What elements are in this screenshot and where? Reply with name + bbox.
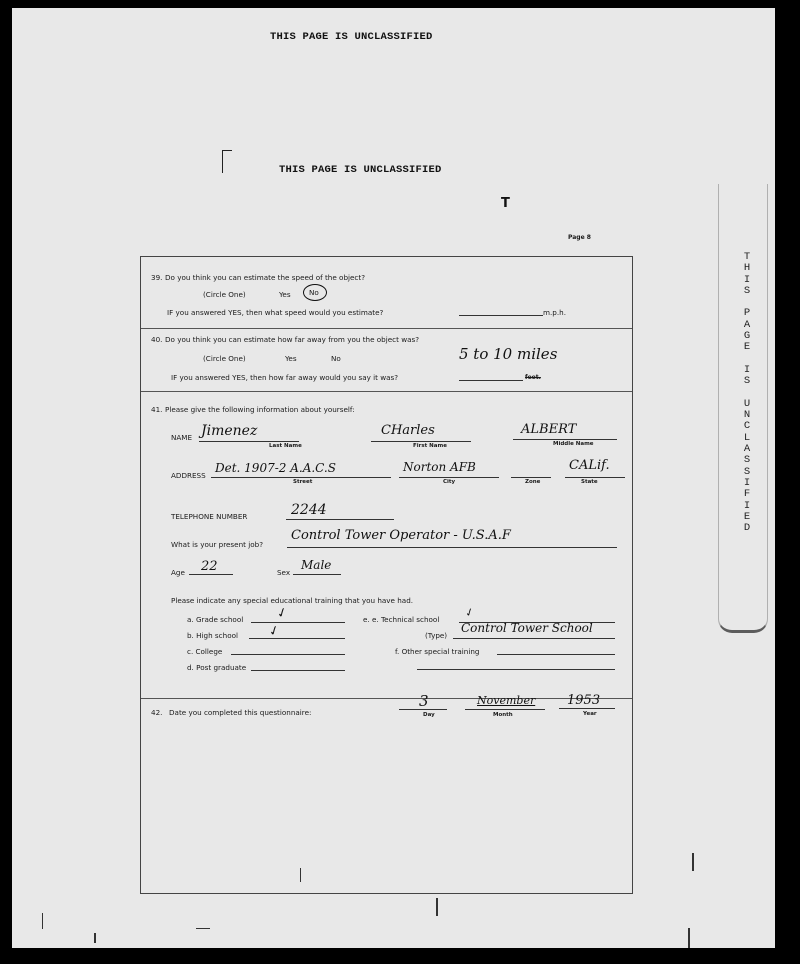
age-value[interactable]: 22 [201, 559, 218, 574]
high-school-label: b. High school [187, 631, 238, 640]
post-graduate-field[interactable] [251, 670, 345, 671]
q39-question: Do you think you can estimate the speed … [165, 273, 365, 282]
last-name-line [199, 441, 299, 442]
high-school-field[interactable] [249, 638, 345, 639]
street-value[interactable]: Det. 1907-2 A.A.C.S [215, 461, 336, 475]
first-name-value[interactable]: CHarles [381, 423, 435, 438]
state-value[interactable]: CALif. [569, 458, 610, 473]
technical-type-line [453, 638, 615, 639]
divider [141, 698, 632, 699]
q39-unit: m.p.h. [543, 308, 566, 317]
page-number: Page 8 [568, 234, 591, 241]
job-line [287, 547, 617, 548]
name-label: NAME [171, 433, 192, 442]
corner-mark [222, 150, 232, 173]
city-line [399, 477, 499, 478]
city-value[interactable]: Norton AFB [403, 460, 476, 474]
date-year-value[interactable]: 1953 [567, 693, 600, 708]
middle-name-value[interactable]: ALBERT [521, 422, 576, 437]
q40-distance-answer[interactable]: 5 to 10 miles [459, 345, 557, 363]
telephone-value[interactable]: 2244 [291, 502, 327, 518]
scratch [42, 913, 43, 929]
month-caption: Month [493, 712, 513, 718]
address-label: ADDRESS [171, 471, 206, 480]
grade-school-field[interactable] [251, 622, 345, 623]
q40-followup: IF you answered YES, then how far away w… [171, 373, 398, 382]
scratch [196, 928, 210, 929]
divider [141, 391, 632, 392]
classification-stamp-second: THIS PAGE IS UNCLASSIFIED [279, 164, 442, 176]
sex-value[interactable]: Male [301, 558, 331, 572]
q39-option-no[interactable]: No [309, 288, 319, 297]
q39-circle-label: (Circle One) [203, 290, 246, 299]
age-line [189, 574, 233, 575]
q39-number: 39. [151, 273, 162, 282]
q39-speed-field[interactable] [459, 315, 543, 316]
document-page: THIS PAGE IS UNCLASSIFIED THIS PAGE IS U… [12, 8, 775, 948]
sex-label: Sex [277, 568, 290, 577]
scratch [688, 928, 690, 948]
scratch [94, 933, 96, 943]
vertical-classification-stamp: THIS PAGE IS UNCLASSIFIED [740, 252, 754, 534]
grade-school-checkmark: ✓ [275, 605, 290, 623]
q41-number: 41. [151, 405, 162, 414]
zone-caption: Zone [525, 479, 540, 485]
last-name-caption: Last Name [269, 443, 302, 449]
q40-option-no[interactable]: No [331, 354, 341, 363]
q39-followup: IF you answered YES, then what speed wou… [167, 308, 383, 317]
middle-name-caption: Middle Name [553, 441, 594, 447]
questionnaire-form: 39. Do you think you can estimate the sp… [140, 256, 633, 894]
other-training-field-2[interactable] [417, 669, 615, 670]
job-value[interactable]: Control Tower Operator - U.S.A.F [291, 528, 511, 543]
year-caption: Year [583, 711, 597, 717]
technical-type-label: (Type) [425, 631, 447, 640]
college-label: c. College [187, 647, 222, 656]
technical-school-label: e. e. Technical school [363, 615, 439, 624]
q40-circle-label: (Circle One) [203, 354, 246, 363]
q42-number: 42. [151, 708, 162, 717]
age-label: Age [171, 568, 185, 577]
year-line [559, 708, 615, 709]
college-field[interactable] [231, 654, 345, 655]
q39-option-yes[interactable]: Yes [279, 290, 291, 299]
state-line [565, 477, 625, 478]
first-name-line [371, 441, 471, 442]
ink-blot: T [501, 196, 510, 211]
day-caption: Day [423, 712, 435, 718]
telephone-label: TELEPHONE NUMBER [171, 512, 247, 521]
q40-distance-field[interactable] [459, 380, 523, 381]
last-name-value[interactable]: Jimenez [201, 423, 257, 439]
job-label: What is your present job? [171, 540, 263, 549]
q40-option-yes[interactable]: Yes [285, 354, 297, 363]
zone-field[interactable] [511, 477, 551, 478]
day-line [399, 709, 447, 710]
post-graduate-label: d. Post graduate [187, 663, 246, 672]
q40-question: Do you think you can estimate how far aw… [165, 335, 419, 344]
scratch [692, 853, 694, 871]
street-caption: Street [293, 479, 312, 485]
street-line [211, 477, 391, 478]
technical-type-value[interactable]: Control Tower School [461, 621, 593, 635]
q40-unit-struck: feet. [525, 374, 541, 381]
city-caption: City [443, 479, 455, 485]
education-prompt: Please indicate any special educational … [171, 596, 413, 605]
state-caption: State [581, 479, 598, 485]
telephone-line [286, 519, 394, 520]
scratch [436, 898, 438, 916]
other-training-label: f. Other special training [395, 647, 479, 656]
other-training-field[interactable] [497, 654, 615, 655]
scratch [300, 868, 301, 882]
date-month-value[interactable]: November [477, 694, 535, 707]
sex-line [293, 574, 341, 575]
q40-number: 40. [151, 335, 162, 344]
middle-name-line [513, 439, 617, 440]
q42-prompt: Date you completed this questionnaire: [169, 708, 311, 717]
technical-school-checkmark: ✓ [463, 605, 476, 620]
grade-school-label: a. Grade school [187, 615, 243, 624]
first-name-caption: First Name [413, 443, 447, 449]
q41-prompt: Please give the following information ab… [165, 405, 355, 414]
divider [141, 328, 632, 329]
month-line [465, 709, 545, 710]
classification-stamp-top: THIS PAGE IS UNCLASSIFIED [270, 31, 433, 43]
date-day-value[interactable]: 3 [419, 692, 429, 710]
